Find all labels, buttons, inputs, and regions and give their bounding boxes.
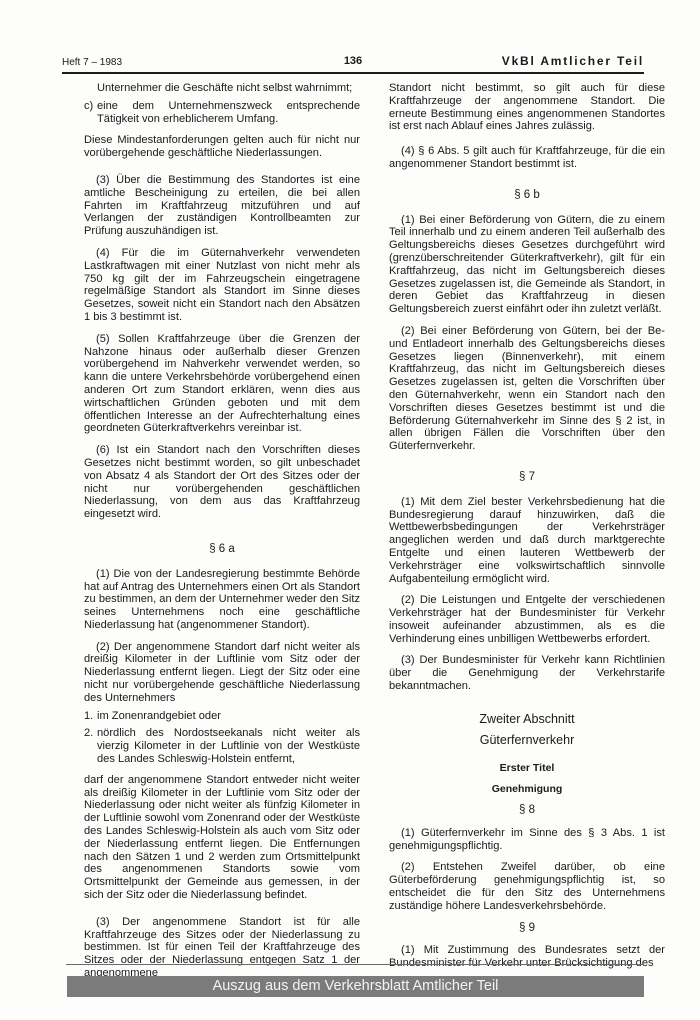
section-heading-6a: § 6 a xyxy=(84,543,360,556)
list-text: eine dem Unternehmenszweck entsprechende… xyxy=(97,100,360,125)
paragraph-6-4: (4) Für die im Güternahverkehr verwendet… xyxy=(84,247,360,324)
right-column: Standort nicht bestimmt, so gilt auch fü… xyxy=(389,82,665,979)
list-text: im Zonenrandgebiet oder xyxy=(97,710,221,722)
paragraph-6a-1: (1) Die von der Landesregierung bestimmt… xyxy=(84,568,360,632)
paragraph-6a-3-cont: Standort nicht bestimmt, so gilt auch fü… xyxy=(389,82,665,133)
paragraph-7-1: (1) Mit dem Ziel bester Verkehrsbedienun… xyxy=(389,496,665,586)
part-heading: Zweiter Abschnitt xyxy=(389,713,665,726)
section-heading-9: § 9 xyxy=(389,922,665,935)
paragraph-6a-3: (3) Der angenommene Standort ist für all… xyxy=(84,916,360,980)
left-column: Unternehmer die Geschäfte nicht selbst w… xyxy=(84,82,360,989)
title-name: Genehmigung xyxy=(389,783,665,796)
publication-title: VkBl Amtlicher Teil xyxy=(502,54,644,68)
list-marker: 1. xyxy=(84,710,93,723)
list-marker: c) xyxy=(84,100,93,113)
paragraph-6a-4: (4) § 6 Abs. 5 gilt auch für Kraftfahrze… xyxy=(389,145,665,171)
paragraph-7-2: (2) Die Leistungen und Entgelte der vers… xyxy=(389,594,665,645)
continued-line: Unternehmer die Geschäfte nicht selbst w… xyxy=(84,82,360,95)
part-title: Güterfernverkehr xyxy=(389,734,665,747)
list-item-2: 2. nördlich des Nordostseekanals nicht w… xyxy=(84,727,360,765)
paragraph-6a-2-cont: darf der angenommene Standort entweder n… xyxy=(84,774,360,902)
paragraph-8-1: (1) Güterfernverkehr im Sinne des § 3 Ab… xyxy=(389,827,665,853)
title-heading: Erster Titel xyxy=(389,762,665,775)
list-text: nördlich des Nordostseekanals nicht weit… xyxy=(97,727,360,765)
section-heading-8: § 8 xyxy=(389,804,665,817)
paragraph-6-5: (5) Sollen Kraftfahrzeuge über die Grenz… xyxy=(84,333,360,435)
paragraph-6b-1: (1) Bei einer Beförderung von Gütern, di… xyxy=(389,214,665,316)
footer-banner: Auszug aus dem Verkehrsblatt Amtlicher T… xyxy=(67,976,644,997)
paragraph-9-1: (1) Mit Zustimmung des Bundesrates setzt… xyxy=(389,944,665,970)
section-heading-6b: § 6 b xyxy=(389,189,665,202)
paragraph-min-req: Diese Mindestanforderungen gelten auch f… xyxy=(84,134,360,160)
list-item-c: c) eine dem Unternehmenszweck entspreche… xyxy=(84,100,360,126)
paragraph-8-2: (2) Entstehen Zweifel darüber, ob eine G… xyxy=(389,861,665,912)
section-heading-7: § 7 xyxy=(389,471,665,484)
paragraph-7-3: (3) Der Bundesminister für Verkehr kann … xyxy=(389,654,665,692)
footer-divider xyxy=(66,964,644,965)
page-header: Heft 7 – 1983 136 VkBl Amtlicher Teil xyxy=(62,52,644,74)
paragraph-6-6: (6) Ist ein Standort nach den Vorschrift… xyxy=(84,444,360,521)
list-item-1: 1. im Zonenrandgebiet oder xyxy=(84,710,360,723)
list-marker: 2. xyxy=(84,727,93,740)
paragraph-6a-2: (2) Der angenommene Standort darf nicht … xyxy=(84,641,360,705)
paragraph-6-3: (3) Über die Bestimmung des Standortes i… xyxy=(84,174,360,238)
paragraph-6b-2: (2) Bei einer Beförderung von Gütern, be… xyxy=(389,325,665,453)
